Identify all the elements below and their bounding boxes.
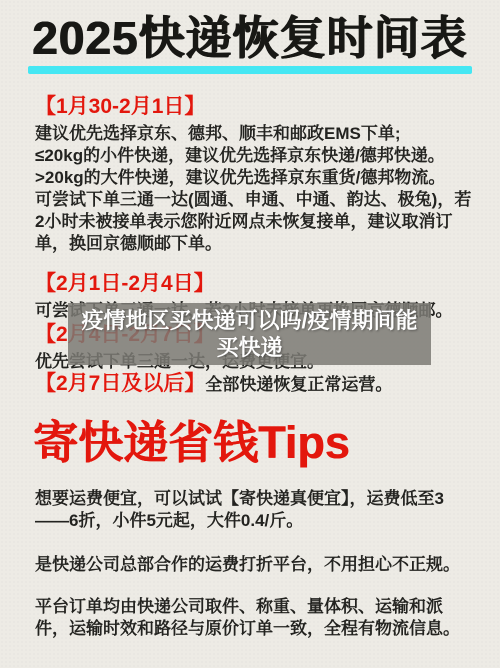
tips-paragraph: 平台订单均由快递公司取件、称重、量体积、运输和派件，运输时效和路径与原价订单一致… <box>35 596 475 640</box>
tips-paragraph: 想要运费便宜，可以试试【寄快递真便宜】，运费低至3——6折，小件5元起，大件0.… <box>35 488 475 532</box>
section-line: >20kg的大件快递，建议优先选择京东重货/德邦物流。 <box>35 167 472 189</box>
section-heading: 【2月7日及以后】 <box>35 372 205 395</box>
section-line: 全部快递恢复正常运营。 <box>205 375 392 394</box>
caption-line: 买快递 <box>216 334 282 361</box>
title-underline-bar <box>28 66 472 74</box>
section-feb7-after: 【2月7日及以后】全部快递恢复正常运营。 <box>35 371 472 397</box>
title-block: 2025快递恢复时间表 <box>28 12 472 74</box>
page-title: 2025快递恢复时间表 <box>28 12 472 65</box>
section-line: 可尝试下单三通一达(圆通、申通、中通、韵达、极兔)，若2小时未被接单表示您附近网… <box>35 189 472 255</box>
caption-line: 疫情地区买快递可以吗/疫情期间能 <box>81 307 417 334</box>
section-jan30-feb1: 【1月30-2月1日】 建议优先选择京东、德邦、顺丰和邮政EMS下单; ≤20k… <box>35 94 472 255</box>
tips-title: 寄快递省钱Tips <box>33 418 350 468</box>
poster-background: 2025快递恢复时间表 【1月30-2月1日】 建议优先选择京东、德邦、顺丰和邮… <box>0 0 500 668</box>
section-heading: 【1月30-2月1日】 <box>35 94 472 120</box>
section-heading: 【2月1日-2月4日】 <box>35 271 472 297</box>
tips-paragraph: 是快递公司总部合作的运费打折平台，不用担心不正规。 <box>35 554 475 576</box>
section-line: 建议优先选择京东、德邦、顺丰和邮政EMS下单; <box>35 123 472 145</box>
section-line: ≤20kg的小件快递，建议优先选择京东快递/德邦快递。 <box>35 145 472 167</box>
caption-overlay: 疫情地区买快递可以吗/疫情期间能 买快递 <box>68 303 431 365</box>
